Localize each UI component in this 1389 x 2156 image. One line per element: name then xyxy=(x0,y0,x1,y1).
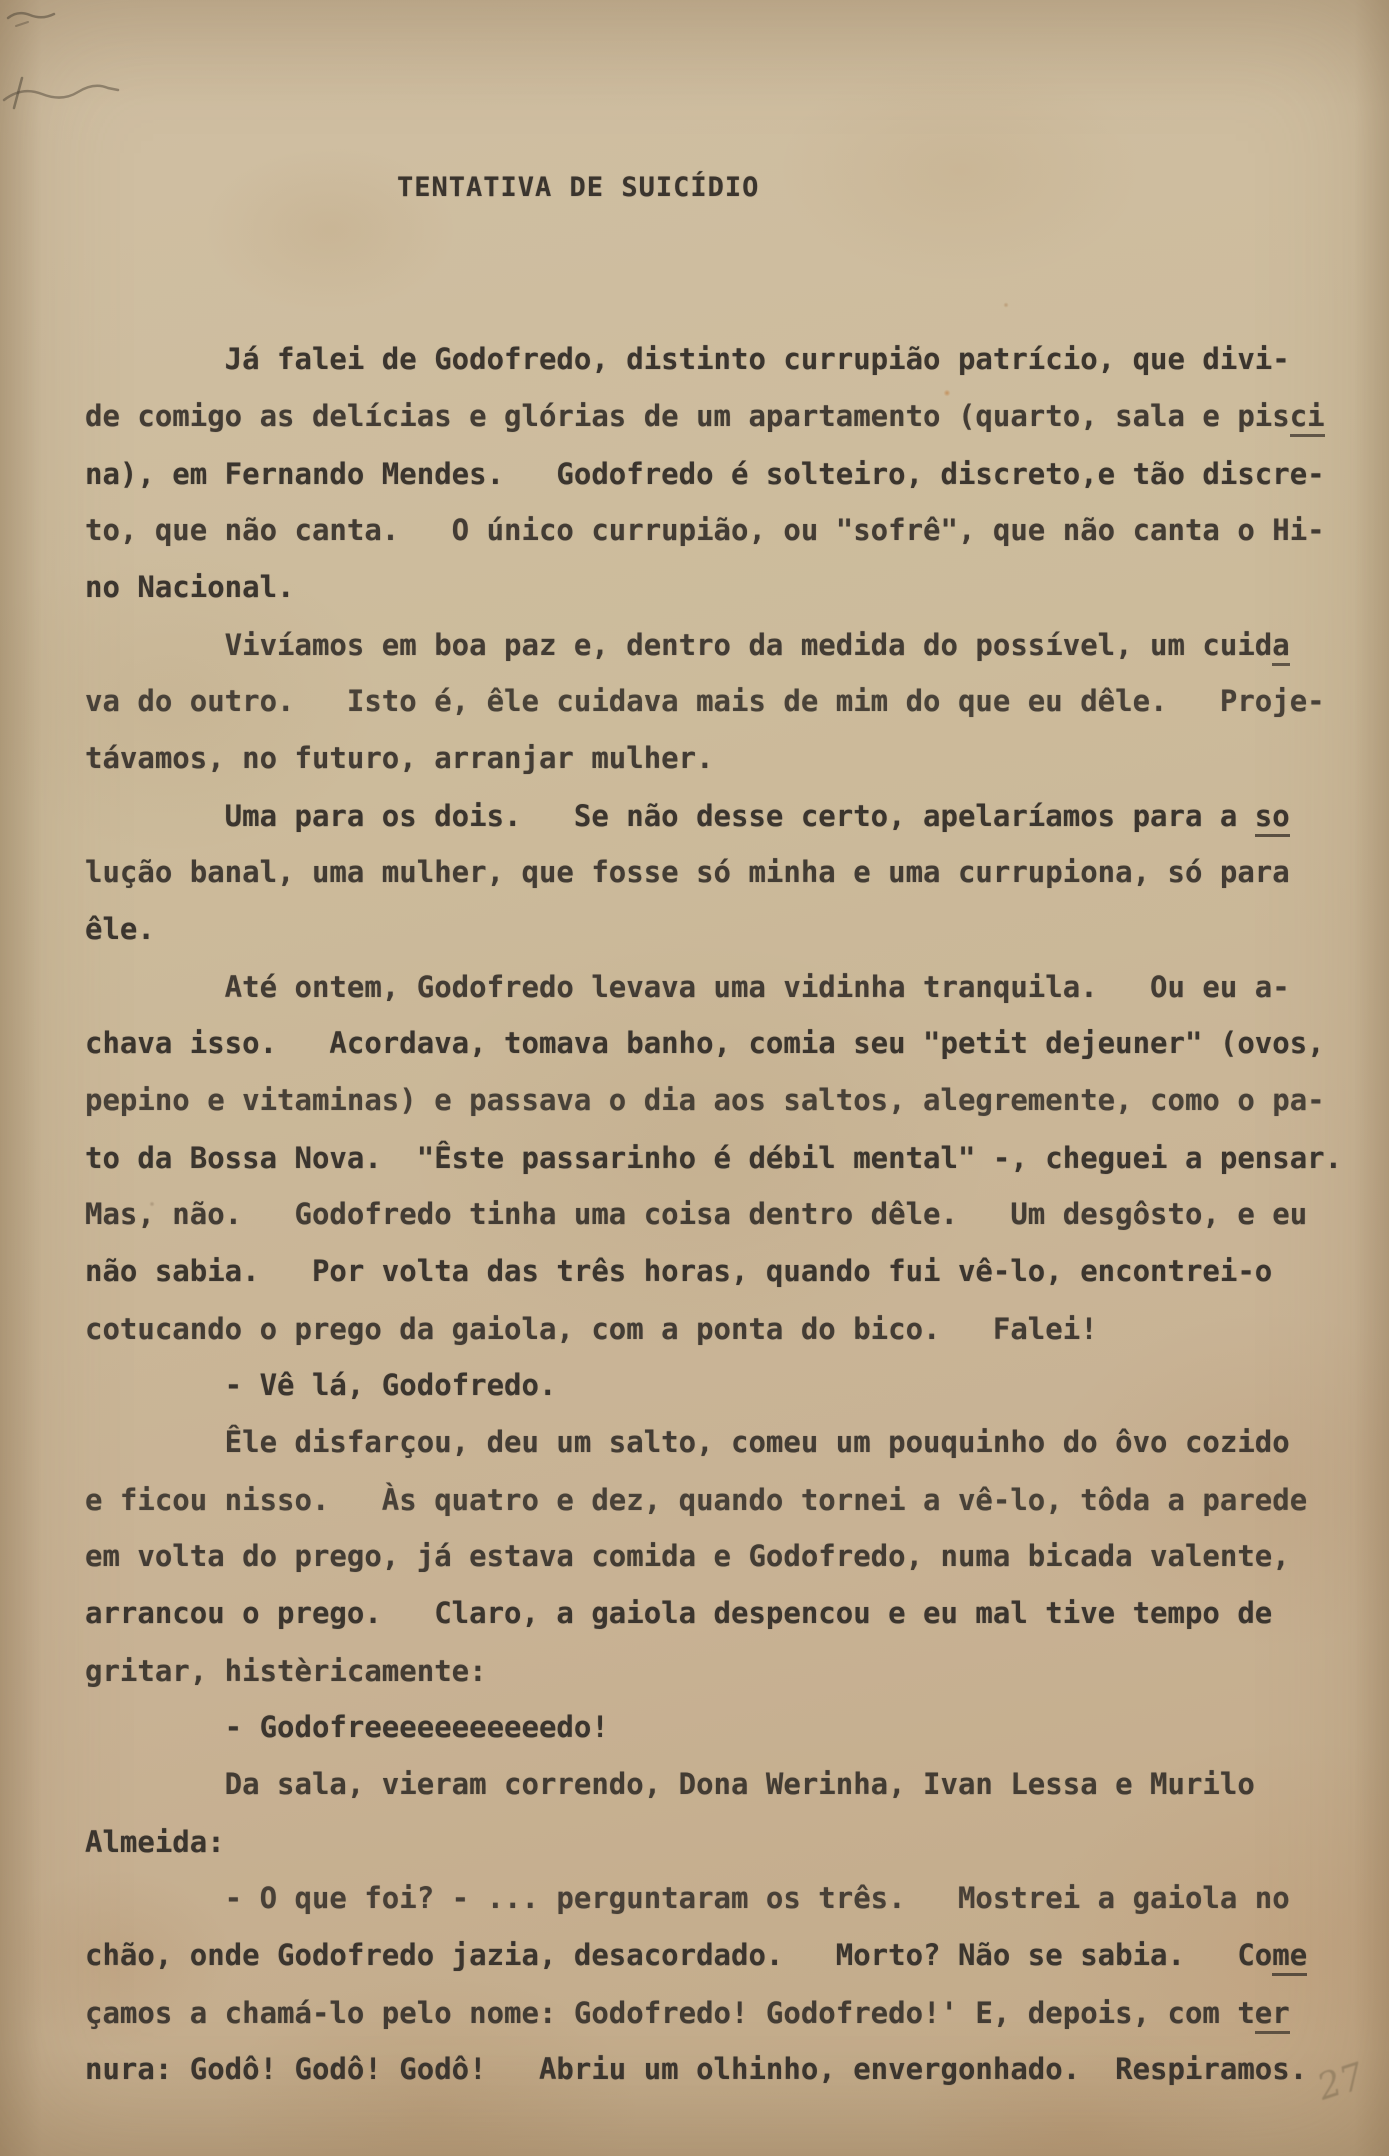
text-line: lução banal, uma mulher, que fosse só mi… xyxy=(85,844,1342,901)
text-line: Uma para os dois. Se não desse certo, ap… xyxy=(85,788,1342,845)
document-page: TENTATIVA DE SUICÍDIO Já falei de Godofr… xyxy=(0,0,1389,2156)
underlined-fragment: me xyxy=(1272,1938,1307,1976)
pencil-squiggle-left xyxy=(0,68,130,118)
text-line: - O que foi? - ... perguntaram os três. … xyxy=(85,1870,1342,1927)
text-line: Almeida: xyxy=(85,1814,1342,1871)
text-line: na), em Fernando Mendes. Godofredo é sol… xyxy=(85,446,1342,503)
text-line: - Vê lá, Godofredo. xyxy=(85,1357,1342,1414)
text-line: Da sala, vieram correndo, Dona Werinha, … xyxy=(85,1756,1342,1813)
text-line: pepino e vitaminas) e passava o dia aos … xyxy=(85,1072,1342,1129)
text-line: êle. xyxy=(85,901,1342,958)
underlined-fragment: so xyxy=(1255,799,1290,837)
text-line: cotucando o prego da gaiola, com a ponta… xyxy=(85,1301,1342,1358)
underlined-fragment: er xyxy=(1255,1996,1290,2034)
text-line: Já falei de Godofredo, distinto currupiã… xyxy=(85,331,1342,388)
text-line: Vivíamos em boa paz e, dentro da medida … xyxy=(85,617,1342,674)
text-line: to, que não canta. O único currupião, ou… xyxy=(85,502,1342,559)
text-line: não sabia. Por volta das três horas, qua… xyxy=(85,1243,1342,1300)
text-line: to da Bossa Nova. "Êste passarinho é déb… xyxy=(85,1130,1342,1187)
text-line: de comigo as delícias e glórias de um ap… xyxy=(85,388,1342,445)
text-line: em volta do prego, já estava comida e Go… xyxy=(85,1528,1342,1585)
text-line: Até ontem, Godofredo levava uma vidinha … xyxy=(85,959,1342,1016)
text-line: no Nacional. xyxy=(85,559,1342,616)
text-line: e ficou nisso. Às quatro e dez, quando t… xyxy=(85,1472,1342,1529)
text-line: chão, onde Godofredo jazia, desacordado.… xyxy=(85,1927,1342,1984)
document-title: TENTATIVA DE SUICÍDIO xyxy=(397,172,759,203)
underlined-fragment: a xyxy=(1272,628,1289,666)
text-line: arrancou o prego. Claro, a gaiola despen… xyxy=(85,1585,1342,1642)
text-line: chava isso. Acordava, tomava banho, comi… xyxy=(85,1015,1342,1072)
text-line: távamos, no futuro, arranjar mulher. xyxy=(85,730,1342,787)
text-line: nura: Godô! Godô! Godô! Abriu um olhinho… xyxy=(85,2041,1342,2098)
pencil-squiggle-top xyxy=(2,2,122,42)
text-block: Já falei de Godofredo, distinto currupiã… xyxy=(85,331,1342,2098)
text-line: çamos a chamá-lo pelo nome: Godofredo! G… xyxy=(85,1985,1342,2042)
text-line: - Godofreeeeeeeeeeedo! xyxy=(85,1699,1342,1756)
underlined-fragment: ci xyxy=(1290,399,1325,437)
text-line: gritar, histèricamente: xyxy=(85,1643,1342,1700)
text-line: va do outro. Isto é, êle cuidava mais de… xyxy=(85,673,1342,730)
text-line: Mas, não. Godofredo tinha uma coisa dent… xyxy=(85,1186,1342,1243)
text-line: Êle disfarçou, deu um salto, comeu um po… xyxy=(85,1414,1342,1471)
